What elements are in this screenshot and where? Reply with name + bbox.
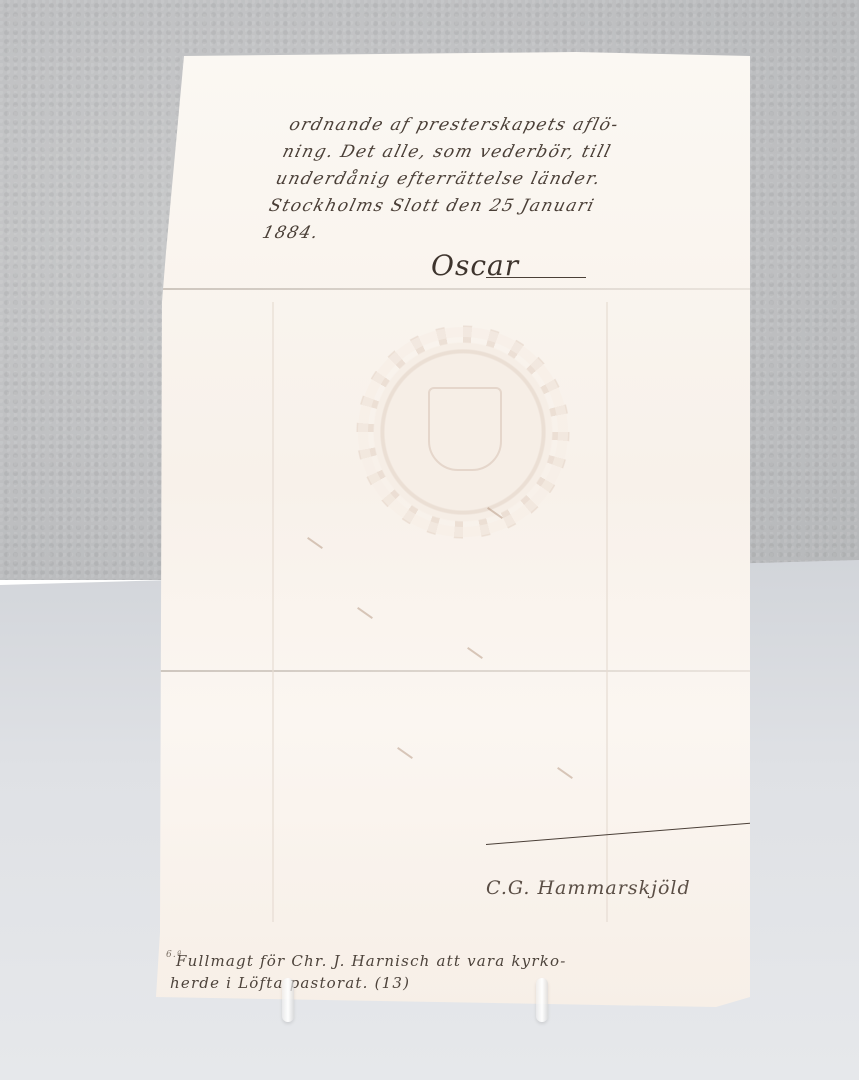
fold-crease (156, 288, 750, 290)
fold-crease (156, 670, 750, 672)
docket-note: 6.ª Fullmagt för Chr. J. Harnisch att va… (166, 950, 746, 994)
faded-ink-stroke (397, 747, 413, 759)
fold-crease (272, 302, 274, 922)
body-line: underdånig efterrättelse länder. (273, 166, 740, 193)
signature-rule (486, 823, 750, 845)
signature-flourish (486, 277, 586, 278)
docket-line: Fullmagt för Chr. J. Harnisch att vara k… (166, 950, 746, 972)
document-body-text: ordnande af presterskapets aflö- ning. D… (259, 112, 753, 247)
faded-ink-stroke (357, 607, 373, 619)
document-sheet: ordnande af presterskapets aflö- ning. D… (156, 52, 750, 1007)
body-line: ordnande af presterskapets aflö- (286, 112, 753, 139)
stand-clip-left (282, 978, 294, 1022)
coat-of-arms-icon (428, 387, 502, 471)
body-line: 1884. (259, 220, 726, 247)
docket-marginal-note: 6.ª (166, 944, 182, 966)
faded-ink-stroke (307, 537, 323, 549)
body-line: ning. Det alle, som vederbör, till (279, 139, 746, 166)
faded-ink-stroke (467, 647, 483, 659)
docket-line: herde i Löfta pastorat. (13) (166, 972, 746, 994)
fold-crease (606, 302, 608, 922)
stand-clip-right (536, 978, 548, 1022)
body-line: Stockholms Slott den 25 Januari (266, 193, 733, 220)
countersignature: C.G. Hammarskjöld (486, 877, 691, 899)
faded-ink-stroke (557, 767, 573, 779)
